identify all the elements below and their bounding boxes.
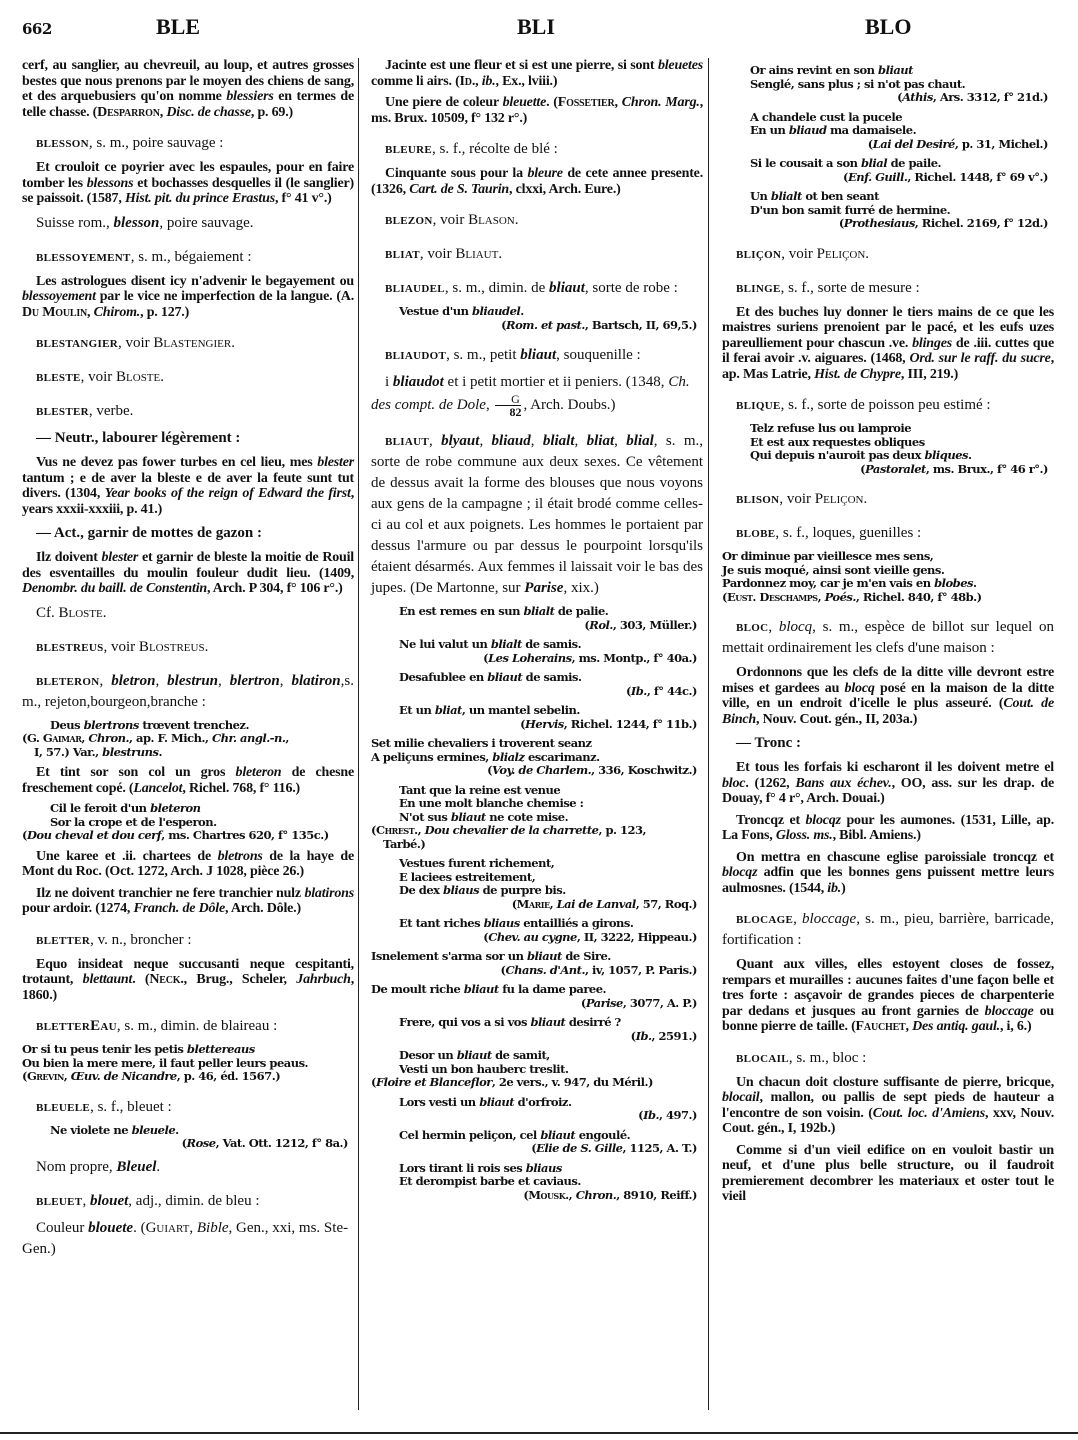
dictionary-entry: blobe, s. f., loques, guenilles : — [722, 523, 1054, 544]
quotation-paragraph: Cinquante sous pour la bleure de cete an… — [371, 166, 703, 197]
quotation-paragraph: Vus ne devez pas fower turbes en cel lie… — [22, 455, 354, 517]
headword: blinge — [736, 280, 781, 296]
small-caps-text: ousk. — [540, 1188, 568, 1202]
styled-text: Bleuel — [116, 1159, 156, 1175]
styled-text: Pastoralet — [865, 462, 926, 476]
citation-source: (Ib., 2591.) — [371, 1030, 703, 1044]
verse-line: Tant que la reine est venue — [371, 784, 703, 798]
verse-line: Je suis moqué, ainsi sont vieille gens. — [722, 564, 1054, 578]
verse-line: Vestue d'un bliaudel. — [371, 305, 703, 319]
citation-source: (G. Gaimar, Chron., ap. F. Mich., Chr. a… — [22, 732, 354, 746]
verse-line: Un blialt ot ben seant — [722, 190, 1054, 204]
small-caps-text: ust. Deschamps — [735, 590, 817, 604]
small-caps-text: revin — [36, 1069, 64, 1083]
styled-text: bliaus — [443, 883, 479, 897]
citation-source: (Les Loherains, ms. Montp., f° 40a.) — [371, 652, 703, 666]
styled-text: Lai del Desiré — [873, 137, 955, 151]
styled-text: Dou chevalier de la charrette — [425, 823, 599, 837]
verse-quotation: Et tant riches bliaus entailliés a giron… — [371, 917, 703, 944]
styled-text: Chron. Marg. — [622, 95, 700, 110]
citation-source: (Eust. Deschamps, Poés., Richel. 840, f°… — [722, 591, 1054, 605]
page-number: 662 — [22, 20, 52, 38]
styled-text: blobes — [934, 576, 973, 590]
styled-text: blocail — [722, 1090, 759, 1105]
dictionary-entry: bleste, voir Bloste. — [22, 367, 354, 388]
styled-text: bliaudot — [393, 374, 444, 390]
verse-line: Vesti un bon hauberc treslit. — [371, 1063, 703, 1077]
verse-line: D'un bon samit furré de hermine. — [722, 204, 1054, 218]
sub-sense: Cf. Bloste. — [22, 603, 354, 624]
styled-text: bleure — [527, 166, 562, 181]
dictionary-entry: bleure, s. f., récolte de blé : — [371, 139, 703, 160]
styled-text: bletron — [111, 673, 155, 689]
small-caps-text: esparron — [107, 105, 160, 120]
styled-text: blester — [317, 455, 354, 470]
styled-text: bleteron — [236, 765, 282, 780]
dictionary-entry: blocail, s. m., bloc : — [722, 1048, 1054, 1069]
styled-text: Des antiq. gaul. — [912, 1019, 1000, 1034]
styled-text: bliaudel — [472, 304, 520, 318]
quotation-paragraph: Et des buches luy donner le tiers mains … — [722, 305, 1054, 383]
dictionary-entry: bletterEau, s. m., dimin. de blaireau : — [22, 1016, 354, 1037]
verse-quotation: Cil le feroit d'un bleteronSor la crope … — [22, 802, 354, 843]
styled-text: bliaus — [484, 916, 520, 930]
headword: bliçon — [736, 246, 781, 262]
citation-source: (Pastoralet, ms. Brux., f° 46 r°.) — [722, 463, 1054, 477]
styled-text: ib. — [482, 74, 496, 89]
column-divider — [708, 58, 709, 1410]
citation-source: (Enf. Guill., Richel. 1448, f° 69 v°.) — [722, 171, 1054, 185]
styled-text: Chans. d'Ant. — [505, 963, 584, 977]
quotation-paragraph: Et crouloit ce poyrier avec les espaules… — [22, 160, 354, 207]
styled-text: Elie de S. Gille — [536, 1141, 622, 1155]
fraction: G82 — [495, 393, 521, 418]
verse-quotation: Lors vesti un bliaut d'orfroiz.(Ib., 497… — [371, 1096, 703, 1123]
dictionary-entry: bleteron, bletron, blestrun, blertron, b… — [22, 671, 354, 713]
headword: bleste — [36, 369, 81, 385]
page-header: 662 BLE BLI BLO — [0, 14, 1078, 46]
quotation-paragraph: Ilz doivent blester et garnir de bleste … — [22, 550, 354, 597]
styled-text: blatirons — [304, 886, 354, 901]
verse-quotation: Set milie chevaliers i troverent seanzA … — [371, 737, 703, 778]
page-bottom-rule — [0, 1432, 1078, 1434]
sub-sense: — Neutr., labourer légèrement : — [22, 428, 354, 449]
sub-sense: Suisse rom., blesson, poire sauvage. — [22, 213, 354, 234]
styled-text: bliaut — [487, 670, 522, 684]
styled-text: Hervis — [525, 717, 564, 731]
small-caps-text: loste — [126, 369, 160, 385]
styled-text: Rol. — [589, 618, 613, 632]
small-caps-text: loste — [69, 605, 103, 621]
headword: blester — [36, 403, 89, 419]
styled-text: Chev. au cygne — [488, 930, 577, 944]
verse-line: Pardonnez moy, car je m'en vais en blobe… — [722, 577, 1054, 591]
dictionary-entry: bliaut, blyaut, bliaud, blialt, bliat, b… — [371, 431, 703, 599]
quotation-paragraph: Un chacun doit closture suffisante de pi… — [722, 1075, 1054, 1137]
styled-text: Prothesiaus — [844, 216, 915, 230]
sub-sense: — Tronc : — [722, 733, 1054, 754]
dictionary-entry: blester, verbe. — [22, 401, 354, 422]
styled-text: bliat — [435, 703, 462, 717]
verse-line: N'ot sus bliaut ne cote mise. — [371, 811, 703, 825]
small-caps-text: d. — [465, 74, 475, 89]
quotation-paragraph: cerf, au sanglier, au chevreuil, au loup… — [22, 58, 354, 120]
styled-text: bleteron — [150, 801, 200, 815]
running-head-right: BLO — [865, 14, 911, 40]
styled-text: Jahrbuch — [296, 972, 350, 987]
dictionary-entry: blestangier, voir Blastengier. — [22, 333, 354, 354]
styled-text: ib. — [827, 881, 841, 896]
styled-text: — Tronc : — [736, 735, 801, 751]
verse-quotation: Cel hermin peliçon, cel bliaut engoulé.(… — [371, 1129, 703, 1156]
small-caps-text: auchet — [864, 1019, 906, 1034]
headword: blezon — [385, 212, 433, 228]
dictionary-entry: bliaudel, s. m., dimin. de bliaut, sorte… — [371, 278, 703, 299]
verse-line: Lors vesti un bliaut d'orfroiz. — [371, 1096, 703, 1110]
styled-text: bliaut — [464, 982, 499, 996]
dictionary-entry: bloc, blocq, s. m., espèce de billot sur… — [722, 617, 1054, 659]
dictionary-entry: bletter, v. n., broncher : — [22, 930, 354, 951]
styled-text: Ib. — [636, 1029, 652, 1043]
citation-source: I, 57.) Var., blestruns. — [22, 746, 354, 760]
small-caps-text: hrest. — [385, 823, 418, 837]
verse-line: Lors tirant li rois ses bliaus — [371, 1162, 703, 1176]
headword: bloc — [736, 619, 768, 635]
verse-quotation: Ne lui valut un blialt de samis.(Les Loh… — [371, 638, 703, 665]
styled-text: bliat — [587, 433, 615, 449]
running-head-left: BLE — [156, 14, 200, 40]
verse-line: En une molt blanche chemise : — [371, 797, 703, 811]
styled-text: Gloss. ms. — [776, 828, 833, 843]
verse-line: Frere, qui vos a si vos bliaut desirré ? — [371, 1016, 703, 1030]
dictionary-column-1: cerf, au sanglier, au chevreuil, au loup… — [22, 58, 354, 1260]
headword: bletterEau — [36, 1018, 117, 1034]
headword: bleuet — [36, 1193, 82, 1209]
styled-text: Parise — [586, 996, 623, 1010]
styled-text: blialt — [523, 604, 554, 618]
verse-quotation: Desafublee en bliaut de samis.(Ib., f° 4… — [371, 671, 703, 698]
styled-text: Athis — [902, 90, 933, 104]
verse-line: A peliçuns ermines, blialz escarimanz. — [371, 751, 703, 765]
styled-text: Hist. de Chypre — [814, 367, 901, 382]
verse-quotation: En est remes en sun blialt de palie.(Rol… — [371, 605, 703, 632]
styled-text: blessoyement — [22, 289, 96, 304]
verse-line: Cel hermin peliçon, cel bliaut engoulé. — [371, 1129, 703, 1143]
headword: bliaudel — [385, 280, 445, 296]
styled-text: Lancelot — [133, 781, 182, 796]
small-caps-text: ossetier — [566, 95, 614, 110]
verse-quotation: Frere, qui vos a si vos bliaut desirré ?… — [371, 1016, 703, 1043]
verse-quotation: Isnelement s'arma sor un bliaut de Sire.… — [371, 950, 703, 977]
styled-text: blialt — [543, 433, 575, 449]
styled-text: — Act., garnir de mottes de gazon : — [36, 525, 262, 541]
headword: blobe — [736, 525, 775, 541]
sub-sense: Nom propre, Bleuel. — [22, 1157, 354, 1178]
verse-line: Or diminue par vieillesce mes sens, — [722, 550, 1054, 564]
verse-quotation: Deus blertrons trœvent trenchez.(G. Gaim… — [22, 719, 354, 760]
quotation-paragraph: Une piere de coleur bleuette. (Fossetier… — [371, 95, 703, 126]
dictionary-entry: bleuet, blouet, adj., dimin. de bleu : — [22, 1191, 354, 1212]
quotation-paragraph: Jacinte est une fleur et si est une pier… — [371, 58, 703, 89]
styled-text: Enf. Guill. — [848, 170, 907, 184]
sub-sense: i bliaudot et i petit mortier et ii peni… — [371, 372, 703, 418]
small-caps-text: eliçon — [823, 491, 863, 507]
styled-text: blialt — [491, 637, 522, 651]
styled-text: Ib. — [631, 684, 647, 698]
small-caps-text: lastengier — [163, 335, 231, 351]
dictionary-entry: bliçon, voir Peliçon. — [722, 244, 1054, 265]
headword: blison — [736, 491, 779, 507]
verse-line: Desafublee en bliaut de samis. — [371, 671, 703, 685]
verse-quotation: Desor un bliaut de samit,Vesti un bon ha… — [371, 1049, 703, 1090]
dictionary-entry: blinge, s. f., sorte de mesure : — [722, 278, 1054, 299]
quotation-paragraph: Comme si d'un vieil edifice on en vouloi… — [722, 1143, 1054, 1205]
styled-text: blouete — [88, 1220, 133, 1236]
citation-source: (Rom. et past., Bartsch, II, 69,5.) — [371, 319, 703, 333]
verse-quotation: Or si tu peus tenir les petis blettereau… — [22, 1043, 354, 1084]
small-caps-text: u Moulin — [32, 305, 87, 320]
styled-text: bliaut — [451, 810, 486, 824]
quotation-paragraph: Equo insideat neque succusanti neque ces… — [22, 957, 354, 1004]
dictionary-entry: bleuele, s. f., bleuet : — [22, 1097, 354, 1118]
verse-line: Isnelement s'arma sor un bliaut de Sire. — [371, 950, 703, 964]
verse-quotation: Telz refuse lus ou lamproieEt est aux re… — [722, 422, 1054, 476]
citation-source: (Rose, Vat. Ott. 1212, f° 8a.) — [22, 1137, 354, 1151]
citation-source: (Hervis, Richel. 1244, f° 11b.) — [371, 718, 703, 732]
small-caps-text: liaut — [465, 246, 498, 262]
styled-text: blial — [861, 156, 887, 170]
citation-source: (Chans. d'Ant., iv, 1057, P. Paris.) — [371, 964, 703, 978]
dictionary-entry: blessoyement, s. m., bégaiement : — [22, 247, 354, 268]
citation-source: (Voy. de Charlem., 336, Koschwitz.) — [371, 764, 703, 778]
styled-text: bliaud — [789, 123, 827, 137]
small-caps-text: arie — [529, 897, 550, 911]
styled-text: blial — [626, 433, 654, 449]
verse-quotation: Lors tirant li rois ses bliausEt derompi… — [371, 1162, 703, 1203]
small-caps-text: lason — [478, 212, 515, 228]
headword: bliaut — [385, 433, 429, 449]
small-caps-text: uiart — [156, 1220, 189, 1236]
styled-text: Ord. sur le raff. du sucre — [909, 351, 1050, 366]
styled-text: Chron. — [576, 1188, 617, 1202]
dictionary-column-2: Jacinte est une fleur et si est une pier… — [371, 58, 703, 1202]
verse-line: De dex bliaus de purpre bis. — [371, 884, 703, 898]
citation-source: (Prothesiaus, Richel. 2169, f° 12d.) — [722, 217, 1054, 231]
quotation-paragraph: Troncqz et blocqz pour les aumones. (153… — [722, 813, 1054, 844]
styled-text: bloccage — [985, 1004, 1034, 1019]
styled-text: blessiers — [226, 89, 273, 104]
quotation-paragraph: Ilz ne doivent tranchier ne fere tranchi… — [22, 886, 354, 917]
dictionary-entry: blique, s. f., sorte de poisson peu esti… — [722, 395, 1054, 416]
verse-line: Deus blertrons trœvent trenchez. — [22, 719, 354, 733]
verse-line: De moult riche bliaut fu la dame paree. — [371, 983, 703, 997]
styled-text: bloc — [722, 776, 745, 791]
verse-quotation: Vestue d'un bliaudel.(Rom. et past., Bar… — [371, 305, 703, 332]
styled-text: Rom. et past. — [506, 318, 585, 332]
styled-text: blyaut — [441, 433, 479, 449]
headword: bleteron — [36, 673, 100, 689]
verse-line: Or si tu peus tenir les petis blettereau… — [22, 1043, 354, 1057]
verse-line: Et tant riches bliaus entailliés a giron… — [371, 917, 703, 931]
styled-text: bliaut — [540, 1128, 575, 1142]
styled-text: bletrons — [218, 849, 263, 864]
citation-source: (Grevin, Œuv. de Nicandre, p. 46, éd. 15… — [22, 1070, 354, 1084]
verse-quotation: Et un bliat, un mantel sebelin.(Hervis, … — [371, 704, 703, 731]
styled-text: Chr. angl.-n. — [212, 731, 285, 745]
verse-line: Et un bliat, un mantel sebelin. — [371, 704, 703, 718]
styled-text: Dou cheval et dou cerf — [27, 828, 161, 842]
verse-quotation: A chandele cust la puceleEn un bliaud ma… — [722, 111, 1054, 152]
styled-text: Lai de Lanval — [557, 897, 636, 911]
styled-text: bliaut — [520, 347, 556, 363]
styled-text: Bible — [197, 1220, 229, 1236]
styled-text: — Neutr., labourer légèrement : — [36, 430, 240, 446]
verse-line: Sor la crope et de l'esperon. — [22, 816, 354, 830]
styled-text: bloccage — [802, 911, 856, 927]
quotation-paragraph: Et tint sor son col un gros bleteron de … — [22, 765, 354, 796]
dictionary-entry: blesson, s. m., poire sauvage : — [22, 133, 354, 154]
dictionary-entry: bliat, voir Bliaut. — [371, 244, 703, 265]
styled-text: blocq — [845, 681, 875, 696]
styled-text: blettereaus — [187, 1042, 255, 1056]
styled-text: blester — [101, 550, 138, 565]
verse-line: A chandele cust la pucele — [722, 111, 1054, 125]
citation-source: (Lai del Desiré, p. 31, Michel.) — [722, 138, 1054, 152]
styled-text: blesson — [114, 215, 160, 231]
verse-quotation: Si le cousait a son blial de paile.(Enf.… — [722, 157, 1054, 184]
verse-quotation: De moult riche bliaut fu la dame paree.(… — [371, 983, 703, 1010]
quotation-paragraph: On mettra en chascune eglise paroissiale… — [722, 850, 1054, 897]
verse-line: Si le cousait a son blial de paile. — [722, 157, 1054, 171]
styled-text: bliques — [925, 448, 968, 462]
verse-line: Cil le feroit d'un bleteron — [22, 802, 354, 816]
citation-source: Tarbé.) — [371, 838, 703, 852]
small-caps-text: eck. — [159, 972, 183, 987]
verse-line: Ou bien la mere mere, il faut peller leu… — [22, 1057, 354, 1071]
styled-text: bliaus — [526, 1161, 562, 1175]
citation-source: (Athis, Ars. 3312, f° 21d.) — [722, 91, 1054, 105]
dictionary-entry: blestreus, voir Blostreus. — [22, 637, 354, 658]
styled-text: Hist. pit. du prince Erastus — [125, 191, 275, 206]
verse-line: E laciees estreitement, — [371, 871, 703, 885]
styled-text: Parise — [524, 580, 563, 596]
small-caps-text: lostreus — [149, 639, 205, 655]
quotation-paragraph: Et tous les forfais ki escharont il les … — [722, 760, 1054, 807]
styled-text: Poés. — [825, 590, 856, 604]
citation-source: (Marie, Lai de Lanval, 57, Roq.) — [371, 898, 703, 912]
headword: blestreus — [36, 639, 104, 655]
verse-line: Telz refuse lus ou lamproie — [722, 422, 1054, 436]
styled-text: blettaunt — [83, 972, 133, 987]
citation-source: (Ib., 497.) — [371, 1109, 703, 1123]
sub-sense: Couleur blouete. (Guiart, Bible, Gen., x… — [22, 1218, 354, 1260]
verse-quotation: Or ains revint en son bliautSenglé, sans… — [722, 64, 1054, 105]
sub-sense: — Act., garnir de mottes de gazon : — [22, 523, 354, 544]
styled-text: blialz — [492, 750, 524, 764]
small-caps-text: aimar — [52, 731, 81, 745]
styled-text: Franch. de Dôle — [134, 901, 226, 916]
headword: blessoyement — [36, 249, 131, 265]
styled-text: Œuv. de Nicandre — [71, 1069, 177, 1083]
verse-line: Qui depuis n'auroit pas deux bliques. — [722, 449, 1054, 463]
styled-text: blocq — [779, 619, 812, 635]
headword: blocage — [736, 911, 793, 927]
styled-text: bleuette — [503, 95, 547, 110]
verse-line: En un bliaud ma damaisele. — [722, 124, 1054, 138]
verse-quotation: Tant que la reine est venueEn une molt b… — [371, 784, 703, 852]
quotation-paragraph: Ordonnons que les clefs de la ditte vill… — [722, 665, 1054, 727]
dictionary-entry: blison, voir Peliçon. — [722, 489, 1054, 510]
styled-text: bliaut — [530, 1015, 565, 1029]
styled-text: bleuetes — [658, 58, 703, 73]
dictionary-entry: blezon, voir Blason. — [371, 210, 703, 231]
verse-quotation: Un blialt ot ben seantD'un bon samit fur… — [722, 190, 1054, 231]
styled-text: blocqz — [806, 813, 841, 828]
styled-text: Floire et Blanceflor — [376, 1075, 492, 1089]
verse-line: Ne violete ne bleuele. — [22, 1124, 354, 1138]
citation-source: (Ib., f° 44c.) — [371, 685, 703, 699]
quotation-paragraph: Une karee et .ii. chartees de bletrons d… — [22, 849, 354, 880]
styled-text: blinges — [912, 336, 952, 351]
styled-text: blessons — [87, 176, 134, 191]
verse-quotation: Or diminue par vieillesce mes sens,Je su… — [722, 550, 1054, 604]
citation-source: (Rol., 303, Müller.) — [371, 619, 703, 633]
styled-text: blestruns — [102, 745, 158, 759]
styled-text: blatiron — [291, 673, 340, 689]
running-head-center: BLI — [517, 14, 555, 40]
styled-text: bleuele — [132, 1123, 176, 1137]
quotation-paragraph: Les astrologues disent icy n'advenir le … — [22, 274, 354, 321]
citation-source: (Floire et Blanceflor, 2e vers., v. 947,… — [371, 1076, 703, 1090]
headword: bliat — [385, 246, 420, 262]
styled-text: bliaut — [549, 280, 585, 296]
styled-text: Ib. — [643, 1108, 659, 1122]
verse-line: Desor un bliaut de samit, — [371, 1049, 703, 1063]
styled-text: bliaut — [878, 63, 913, 77]
dictionary-entry: bliaudot, s. m., petit bliaut, souquenil… — [371, 345, 703, 366]
headword: blestangier — [36, 335, 118, 351]
headword: bletter — [36, 932, 90, 948]
citation-source: (Dou cheval et dou cerf, ms. Chartres 62… — [22, 829, 354, 843]
verse-quotation: Ne violete ne bleuele.(Rose, Vat. Ott. 1… — [22, 1124, 354, 1151]
headword: blocail — [736, 1050, 789, 1066]
verse-line: Senglé, sans plus ; si n'ot pas chaut. — [722, 78, 1054, 92]
headword: bleuele — [36, 1099, 90, 1115]
styled-text: Denombr. du baill. de Constentin — [22, 581, 207, 596]
verse-line: Or ains revint en son bliaut — [722, 64, 1054, 78]
citation-source: (Chev. au cygne, II, 3222, Hippeau.) — [371, 931, 703, 945]
styled-text: Chron. — [88, 731, 129, 745]
styled-text: Cout. de Binch — [722, 696, 1054, 727]
verse-line: En est remes en sun blialt de palie. — [371, 605, 703, 619]
column-divider — [358, 58, 359, 1410]
verse-line: Vestues furent richement, — [371, 857, 703, 871]
styled-text: Les Loherains — [488, 651, 572, 665]
styled-text: blocqz — [722, 865, 757, 880]
styled-text: bliaut — [527, 949, 562, 963]
verse-line: Et est aux requestes obliques — [722, 436, 1054, 450]
dictionary-column-3: Or ains revint en son bliautSenglé, sans… — [722, 58, 1054, 1205]
styled-text: bliaut — [479, 1095, 514, 1109]
styled-text: blertron — [230, 673, 280, 689]
styled-text: blestrun — [167, 673, 218, 689]
styled-text: blouet — [90, 1193, 128, 1209]
dictionary-entry: blocage, bloccage, s. m., pieu, barrière… — [722, 909, 1054, 951]
quotation-paragraph: Quant aux villes, elles estoyent closes … — [722, 957, 1054, 1035]
styled-text: blertrons — [84, 718, 139, 732]
headword: blique — [736, 397, 781, 413]
headword: bleure — [385, 141, 432, 157]
